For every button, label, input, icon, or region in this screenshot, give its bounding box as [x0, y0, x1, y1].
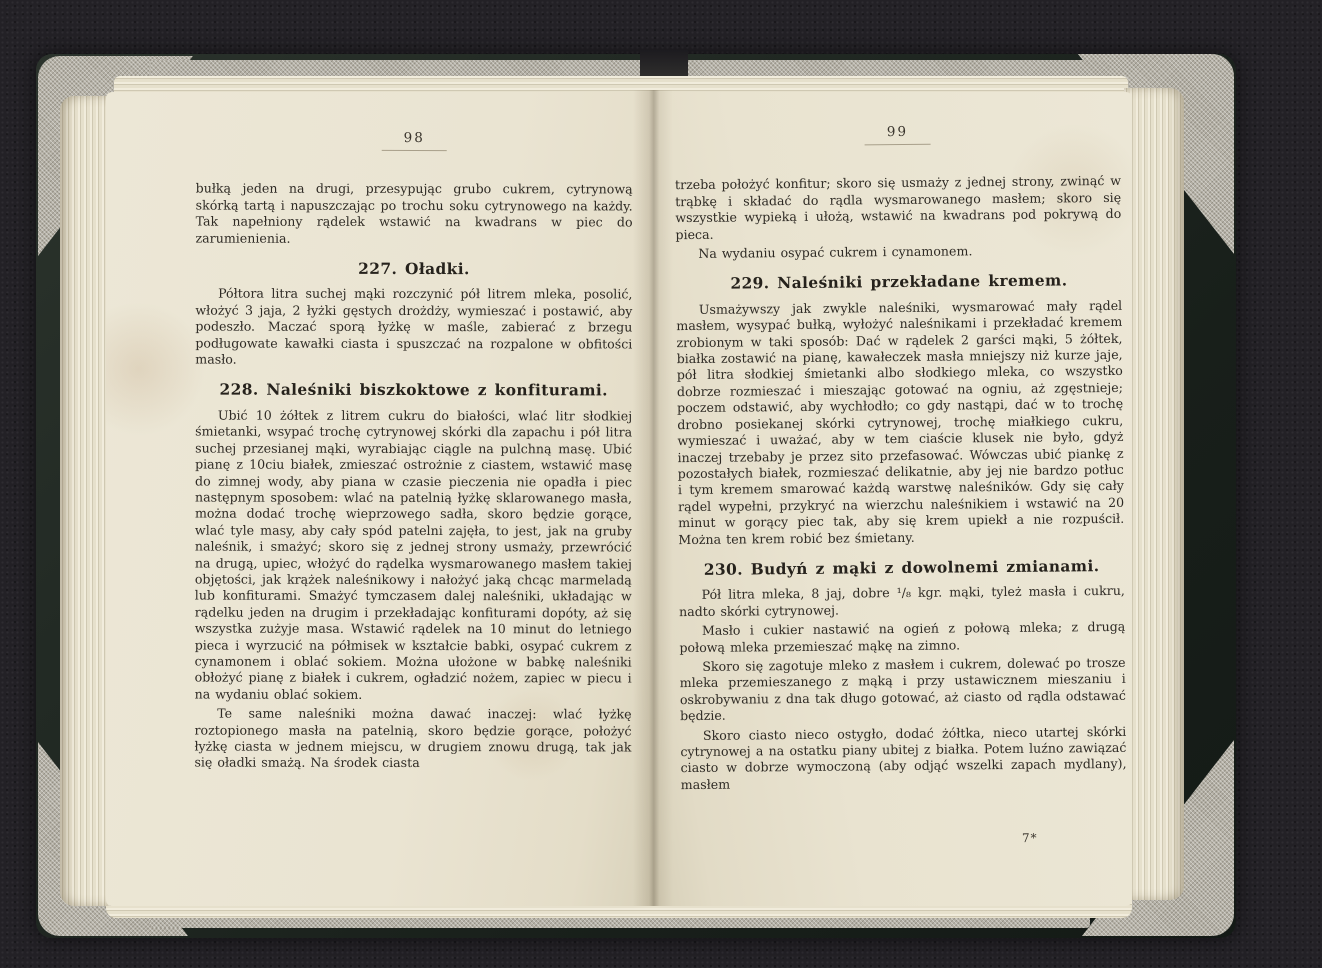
right-page-body: trzeba położyć konfitur; skoro się usmaż…: [675, 173, 1127, 793]
recipe-heading: 227. Oładki.: [195, 261, 632, 278]
recipe-paragraph: Usmażywszy jak zwykle naleśniki, wysmaro…: [676, 298, 1124, 548]
gutter-shadow: [633, 90, 673, 906]
recipe-paragraph: Masło i cukier nastawić na ogień z połow…: [679, 619, 1125, 656]
right-page-number: 99: [865, 124, 930, 146]
recipe-paragraph: Na wydaniu osypać cukrem i cynamonem.: [676, 242, 1122, 263]
recipe-heading: 230. Budyń z mąki z dowolnemi zmianami.: [679, 558, 1125, 579]
right-page-number-row: 99: [674, 122, 1120, 148]
recipe-paragraph: Półtora litra suchej mąki rozczynić pół …: [195, 286, 632, 369]
recipe-paragraph: bułką jeden na drugi, przesypując grubo …: [196, 181, 633, 248]
signature-mark: 7*: [1022, 831, 1038, 845]
recipe-paragraph: Skoro się zagotuje mleko z masłem i cukr…: [680, 655, 1127, 725]
left-page-number-row: 98: [196, 130, 633, 152]
left-page-body: bułką jeden na drugi, przesypując grubo …: [194, 181, 632, 772]
page-edges-right: [1124, 88, 1184, 900]
book-scan-photo: 98 bułką jeden na drugi, przesypując gru…: [0, 0, 1322, 968]
left-page-text: 98 bułką jeden na drugi, przesypując gru…: [194, 130, 633, 873]
recipe-paragraph: Skoro ciasto nieco ostygło, dodać żółtka…: [680, 723, 1127, 793]
recipe-heading: 228. Naleśniki biszkoktowe z konfiturami…: [195, 382, 632, 399]
recipe-paragraph: trzeba położyć konfitur; skoro się usmaż…: [675, 173, 1122, 243]
recipe-paragraph: Te same naleśniki można dawać inaczej: w…: [194, 706, 631, 773]
recipe-paragraph: Ubić 10 żółtek z litrem cukru do białośc…: [195, 407, 633, 703]
recipe-paragraph: Pół litra mleka, 8 jaj, dobre ¹/₈ kgr. m…: [679, 583, 1125, 620]
recipe-heading: 229. Naleśniki przekładane kremem.: [676, 272, 1122, 293]
left-page-number: 98: [382, 130, 447, 152]
right-page-text: 99 trzeba położyć konfitur; skoro się us…: [674, 122, 1127, 874]
